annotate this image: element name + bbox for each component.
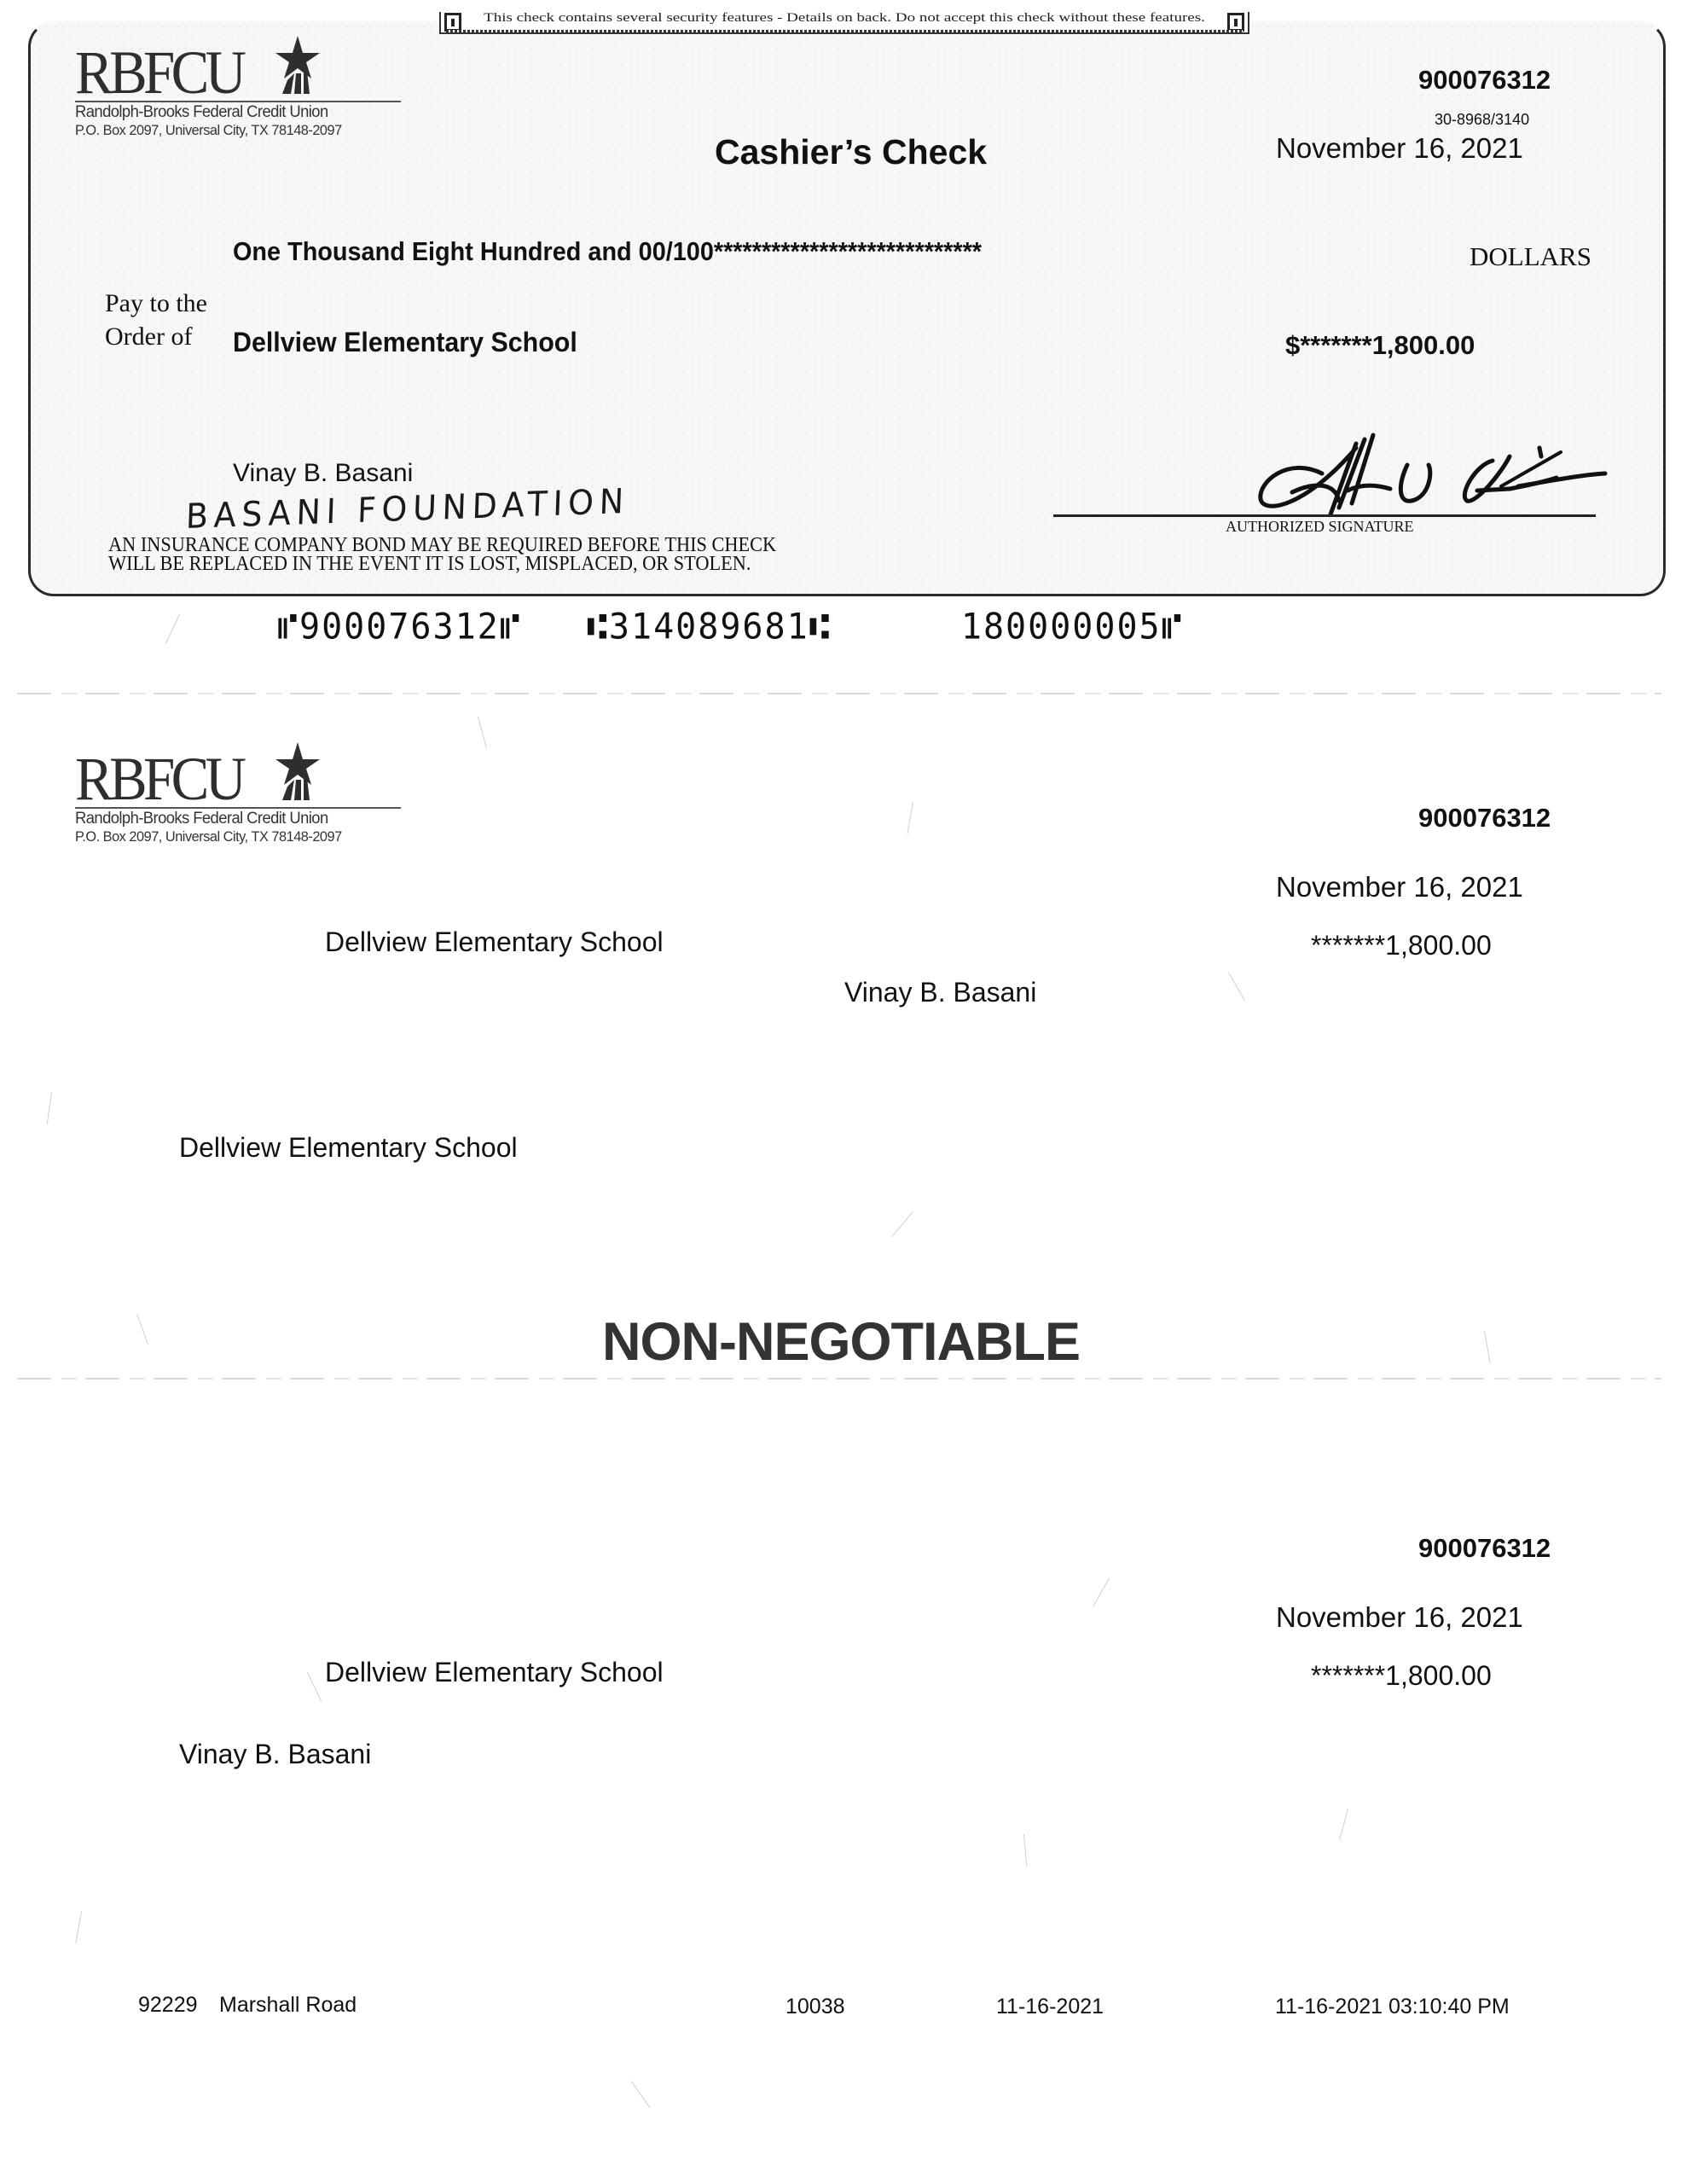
perforation-line — [17, 693, 1661, 694]
stub-check-number: 900076312 — [1418, 803, 1551, 834]
pay-to-label: Pay to the — [105, 289, 207, 318]
stub-payee-repeat: Dellview Elementary School — [179, 1132, 518, 1164]
non-negotiable-watermark: NON-NEGOTIABLE — [602, 1311, 1080, 1373]
check-date: November 16, 2021 — [1276, 132, 1523, 165]
micr-check-number: ⑈900076312⑈ — [277, 607, 522, 648]
stub2-payee: Dellview Elementary School — [325, 1657, 664, 1688]
institution-name: Randolph-Brooks Federal Credit Union — [75, 810, 328, 828]
stub-date: November 16, 2021 — [1276, 871, 1523, 903]
currency-label: DOLLARS — [1470, 241, 1591, 272]
insurance-notice: AN INSURANCE COMPANY BOND MAY BE REQUIRE… — [108, 536, 776, 573]
institution-address: P.O. Box 2097, Universal City, TX 78148-… — [75, 122, 342, 139]
stub2-date: November 16, 2021 — [1276, 1601, 1523, 1634]
check-number: 900076312 — [1418, 65, 1551, 96]
signature-line — [1053, 514, 1596, 517]
stub-remitter: Vinay B. Basani — [844, 977, 1036, 1008]
amount-numeric: $*******1,800.00 — [1285, 330, 1475, 361]
micr-line: ⑈900076312⑈ ⑆314089681⑆ 180000005⑈ — [277, 607, 1184, 648]
order-of-label: Order of — [105, 322, 192, 351]
footer-issue-date: 11-16-2021 — [996, 1995, 1104, 2019]
authorized-signature — [1254, 422, 1612, 520]
footer-teller-id: 10038 — [786, 1995, 845, 2019]
logo-rule — [75, 807, 401, 809]
security-features-banner: This check contains several security fea… — [439, 12, 1249, 34]
insurance-notice-line-2: WILL BE REPLACED IN THE EVENT IT IS LOST… — [108, 555, 776, 573]
stub2-remitter: Vinay B. Basani — [179, 1739, 371, 1770]
stub2-amount: *******1,800.00 — [1311, 1660, 1492, 1692]
fractional-routing-number: 30-8968/3140 — [1435, 111, 1529, 129]
footer-timestamp: 11-16-2021 03:10:40 PM — [1275, 1995, 1510, 2019]
remitter-name: Vinay B. Basani — [233, 459, 413, 488]
signature-label: AUTHORIZED SIGNATURE — [1226, 518, 1413, 536]
micr-account-number: 180000005⑈ — [961, 607, 1184, 648]
logo-wordmark: RBFCU — [75, 48, 242, 97]
logo-wordmark: RBFCU — [75, 754, 242, 804]
stub-amount: *******1,800.00 — [1311, 930, 1492, 961]
star-icon — [275, 742, 320, 802]
padlock-icon — [444, 13, 461, 32]
footer-branch-name: Marshall Road — [219, 1993, 357, 2018]
logo-rule — [75, 101, 401, 102]
institution-address: P.O. Box 2097, Universal City, TX 78148-… — [75, 828, 342, 845]
institution-name: Randolph-Brooks Federal Credit Union — [75, 103, 328, 122]
stub-payee: Dellview Elementary School — [325, 926, 664, 958]
security-banner-text: This check contains several security fea… — [461, 12, 1227, 24]
amount-in-words: One Thousand Eight Hundred and 00/100***… — [233, 236, 982, 267]
payee-name: Dellview Elementary School — [233, 327, 577, 358]
check-title: Cashier’s Check — [715, 132, 987, 172]
micr-routing-number: ⑆314089681⑆ — [587, 607, 832, 648]
padlock-icon — [1227, 13, 1244, 32]
insurance-notice-line-1: AN INSURANCE COMPANY BOND MAY BE REQUIRE… — [108, 536, 776, 555]
footer-branch-code: 92229 — [138, 1993, 198, 2018]
perforation-line — [17, 1378, 1661, 1380]
stub2-check-number: 900076312 — [1418, 1533, 1551, 1564]
star-icon — [275, 36, 320, 96]
